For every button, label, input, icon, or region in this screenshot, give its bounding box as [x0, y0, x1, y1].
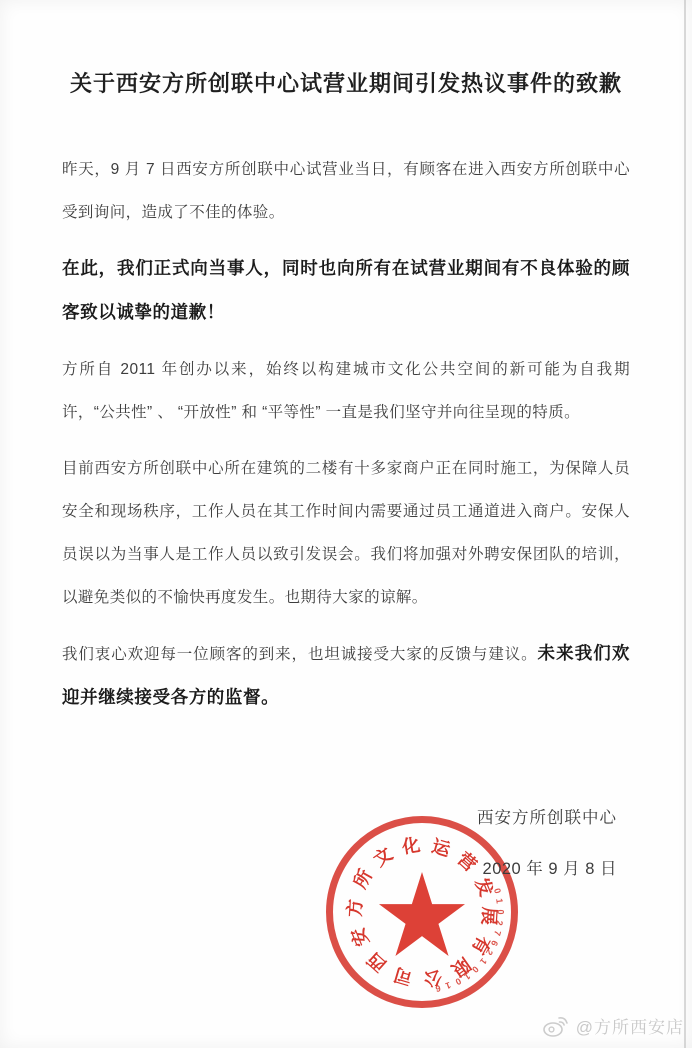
text-run: 目前西安方所创联中心所在建筑的二楼有十多家商户正在同时施工，为保障人员安全和现场…	[62, 460, 630, 606]
seal-star-icon	[379, 872, 465, 956]
paragraph-2-apology: 在此，我们正式向当事人，同时也向所有在试营业期间有不良体验的顾客致以诚挚的道歉！	[62, 247, 630, 335]
paragraph-1: 昨天，9 月 7 日西安方所创联中心试营业当日，有顾客在进入西安方所创联中心受到…	[62, 148, 630, 234]
signature-org: 西安方所创联中心	[477, 804, 617, 828]
closing-block: 西安方所创联中心 2020 年 9 月 8 日	[477, 804, 617, 879]
weibo-handle: @方所西安店	[576, 1013, 684, 1038]
text-run: 方所自 2011 年创办以来，始终以构建城市文化公共空间的新可能为自我期许，“公…	[62, 361, 630, 421]
paragraph-5: 我们衷心欢迎每一位顾客的到来，也坦诚接受大家的反馈与建议。未来我们欢迎并继续接受…	[62, 632, 630, 720]
page-title: 关于西安方所创联中心试营业期间引发热议事件的致歉	[62, 64, 630, 104]
paragraph-4: 目前西安方所创联中心所在建筑的二楼有十多家商户正在同时施工，为保障人员安全和现场…	[62, 447, 630, 619]
document-body: 关于西安方所创联中心试营业期间引发热议事件的致歉 昨天，9 月 7 日西安方所创…	[0, 0, 692, 1048]
apology-letter-page: 关于西安方所创联中心试营业期间引发热议事件的致歉 昨天，9 月 7 日西安方所创…	[0, 0, 692, 1048]
weibo-icon	[542, 1014, 570, 1038]
paragraph-3: 方所自 2011 年创办以来，始终以构建城市文化公共空间的新可能为自我期许，“公…	[62, 348, 630, 434]
text-run: 我们衷心欢迎每一位顾客的到来，也坦诚接受大家的反馈与建议。	[62, 646, 538, 663]
bold-text-run: 在此，我们正式向当事人，同时也向所有在试营业期间有不良体验的顾客致以诚挚的道歉！	[62, 258, 630, 322]
signature-date: 2020 年 9 月 8 日	[477, 855, 617, 879]
weibo-watermark: @方所西安店	[542, 1013, 684, 1038]
text-run: 昨天，9 月 7 日西安方所创联中心试营业当日，有顾客在进入西安方所创联中心受到…	[62, 161, 630, 221]
